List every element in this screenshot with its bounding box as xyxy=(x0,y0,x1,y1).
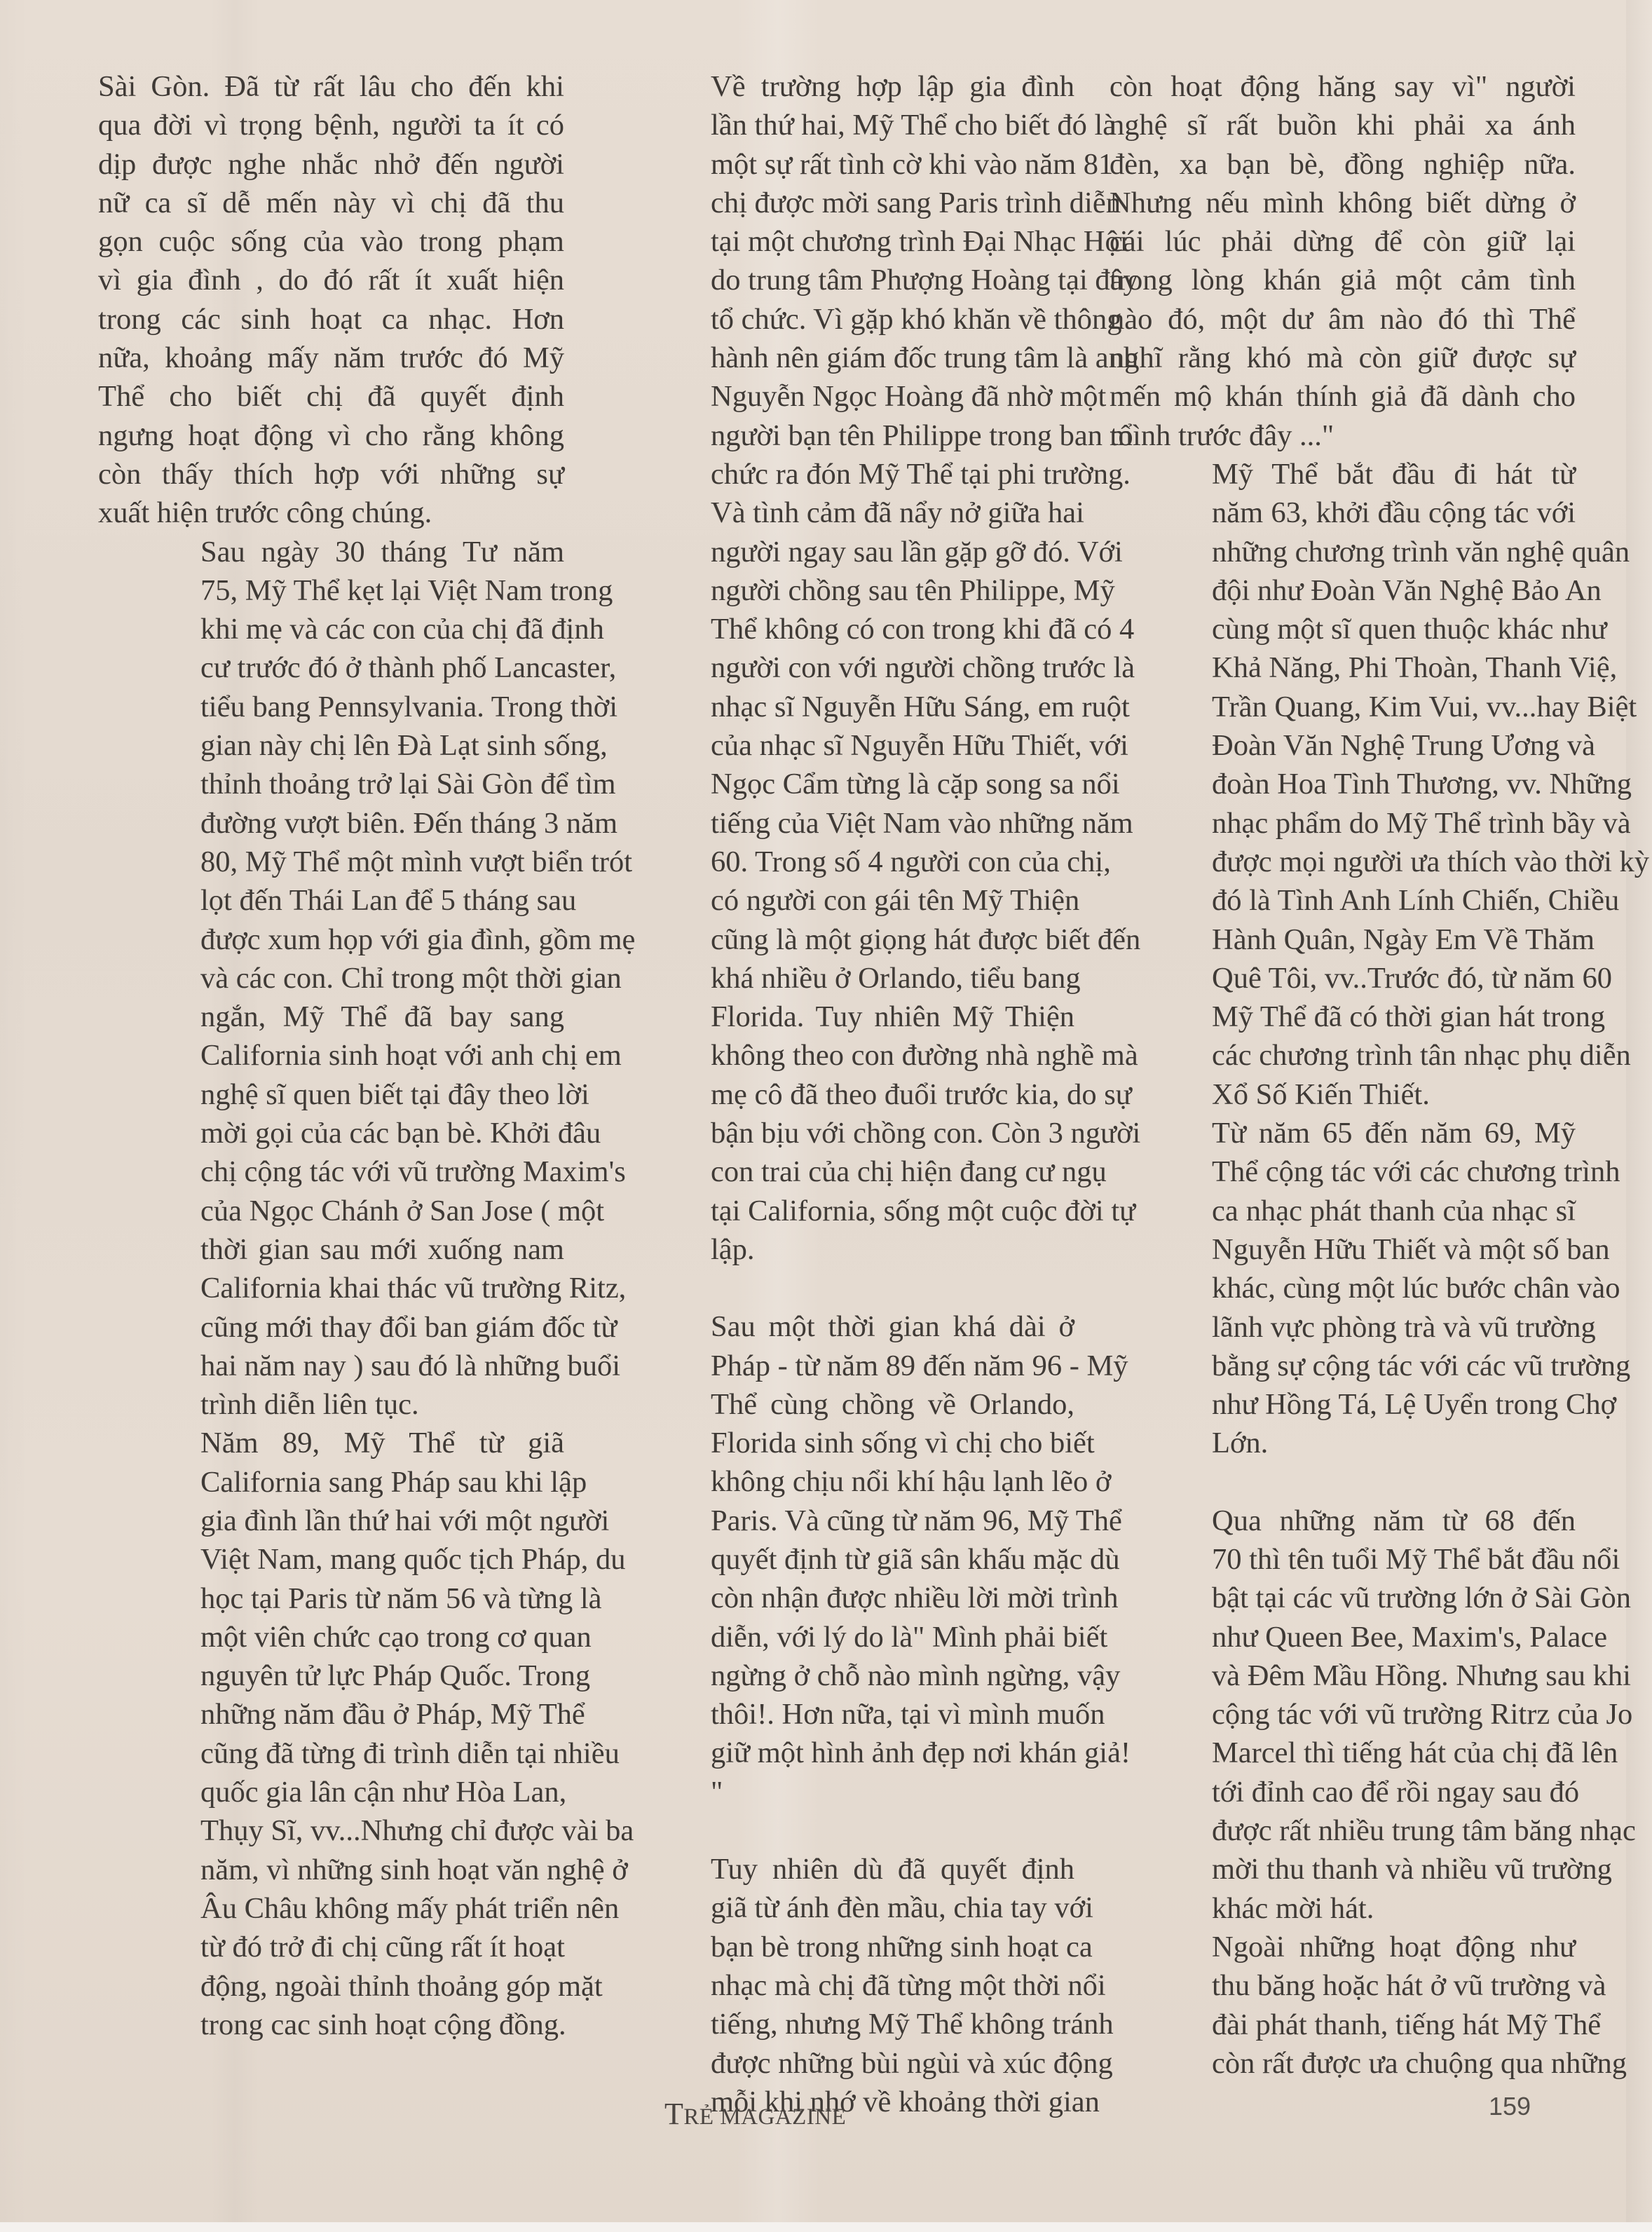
text-line: tiếng, nhưng Mỹ Thể không tránh xyxy=(608,2005,1074,2043)
text-line: như Queen Bee, Maxim's, Palace xyxy=(1110,1618,1576,1656)
text-line: Đoàn Văn Nghệ Trung Ương và xyxy=(1110,726,1576,765)
text-line: chị được mời sang Paris trình diễn xyxy=(608,184,1074,222)
text-line: Sau một thời gian khá dài ở xyxy=(608,1307,1074,1346)
text-line: Xổ Số Kiến Thiết. xyxy=(1110,1075,1576,1114)
text-line: trong cac sinh hoạt cộng đồng. xyxy=(98,2006,564,2044)
text-line: ca nhạc phát thanh của nhạc sĩ xyxy=(1110,1192,1576,1230)
text-line: Mỹ Thể bắt đầu đi hát từ xyxy=(1110,455,1576,494)
text-line: ngưng hoạt động vì cho rằng không xyxy=(98,416,564,455)
text-line: qua đời vì trọng bệnh, người ta ít có xyxy=(98,106,564,144)
text-line: một viên chức cạo trong cơ quan xyxy=(98,1618,564,1656)
text-line: cùng một sĩ quen thuộc khác như xyxy=(1110,610,1576,648)
text-line: tiếng của Việt Nam vào những năm xyxy=(608,804,1074,843)
text-line: mình trước đây ..." xyxy=(1110,416,1576,455)
text-line: có người con gái tên Mỹ Thiện xyxy=(608,881,1074,920)
paragraph: Về trường hợp lập gia đìnhlần thứ hai, M… xyxy=(608,67,1074,1269)
text-line: Sau ngày 30 tháng Tư năm xyxy=(98,533,564,571)
text-line: gian này chị lên Đà Lạt sinh sống, xyxy=(98,726,564,765)
text-line: nghệ sĩ quen biết tại đây theo lời xyxy=(98,1075,564,1114)
text-line: Ngọc Cẩm từng là cặp song sa nổi xyxy=(608,765,1074,803)
text-line: lãnh vực phòng trà và vũ trường xyxy=(1110,1308,1576,1347)
text-line: Florida. Tuy nhiên Mỹ Thiện xyxy=(608,998,1074,1036)
text-line: hành nên giám đốc trung tâm là anh xyxy=(608,339,1074,377)
text-line: còn rất được ưa chuộng qua những xyxy=(1110,2044,1576,2083)
text-line: đèn, xa bạn bè, đồng nghiệp nữa. xyxy=(1110,145,1576,184)
text-line: do trung tâm Phượng Hoàng tại đây xyxy=(608,261,1074,299)
text-line: chị cộng tác với vũ trường Maxim's xyxy=(98,1152,564,1191)
text-line: khá nhiều ở Orlando, tiểu bang xyxy=(608,959,1074,998)
text-line: nữa, khoảng mấy năm trước đó Mỹ xyxy=(98,339,564,377)
text-line: được rất nhiều trung tâm băng nhạc xyxy=(1110,1811,1576,1850)
text-line: người con với người chồng trước là xyxy=(608,648,1074,687)
text-line: Về trường hợp lập gia đình xyxy=(608,67,1074,106)
text-line: Nguyễn Ngọc Hoàng đã nhờ một xyxy=(608,377,1074,416)
text-line: tại một chương trình Đại Nhạc Hội xyxy=(608,222,1074,261)
text-line: 80, Mỹ Thể một mình vượt biển trót xyxy=(98,843,564,881)
text-line: còn nhận được nhiều lời mời trình xyxy=(608,1579,1074,1617)
text-line: Nhưng nếu mình không biết dừng ở xyxy=(1110,184,1576,222)
text-line: còn thấy thích hợp với những sự xyxy=(98,455,564,494)
text-line: cũng đã từng đi trình diễn tại nhiều xyxy=(98,1734,564,1773)
text-line: Thụy Sĩ, vv...Nhưng chỉ được vài ba xyxy=(98,1811,564,1850)
text-line: và các con. Chỉ trong một thời gian xyxy=(98,959,564,998)
paragraph: còn hoạt động hăng say vì" ngườinghệ sĩ … xyxy=(1110,67,1576,455)
text-line: Qua những năm từ 68 đến xyxy=(1110,1502,1576,1540)
scan-bottom-edge xyxy=(0,2222,1652,2232)
article-column-2: Về trường hợp lập gia đìnhlần thứ hai, M… xyxy=(608,67,1074,2121)
text-line: Thể không có con trong khi đã có 4 xyxy=(608,610,1074,648)
text-line: bạn bè trong những sinh hoạt ca xyxy=(608,1928,1074,1966)
article-column-1: Sài Gòn. Đã từ rất lâu cho đến khiqua đờ… xyxy=(98,67,564,2044)
text-line: Nguyễn Hữu Thiết và một số ban xyxy=(1110,1230,1576,1269)
text-line: được những bùi ngùi và xúc động xyxy=(608,2044,1074,2083)
text-line: người chồng sau tên Philippe, Mỹ xyxy=(608,571,1074,610)
text-line: một sự rất tình cờ khi vào năm 81 xyxy=(608,145,1074,184)
text-line: học tại Paris từ năm 56 và từng là xyxy=(98,1579,564,1618)
text-line: con trai của chị hiện đang cư ngụ xyxy=(608,1152,1074,1191)
text-line: nhạc phẩm do Mỹ Thể trình bầy và xyxy=(1110,804,1576,843)
text-line: diễn, với lý do là" Mình phải biết xyxy=(608,1618,1074,1656)
text-line: cũng mới thay đổi ban giám đốc từ xyxy=(98,1308,564,1347)
text-line: mến mộ khán thính giả đã dành cho xyxy=(1110,377,1576,416)
text-line: không theo con đường nhà nghề mà xyxy=(608,1036,1074,1075)
paragraph: Từ năm 65 đến năm 69, MỹThể cộng tác với… xyxy=(1110,1114,1576,1463)
text-line: còn hoạt động hăng say vì" người xyxy=(1110,67,1576,106)
text-line: Thể cho biết chị đã quyết định xyxy=(98,377,564,416)
text-line: không chịu nổi khí hậu lạnh lẽo ở xyxy=(608,1462,1074,1501)
text-line: lập. xyxy=(608,1230,1074,1269)
text-line: và Đêm Mầu Hồng. Nhưng sau khi xyxy=(1110,1656,1576,1695)
text-line: cái lúc phải dừng để còn giữ lại xyxy=(1110,222,1576,261)
text-line: động, ngoài thỉnh thoảng góp mặt xyxy=(98,1967,564,2006)
text-line: dịp được nghe nhắc nhở đến người xyxy=(98,145,564,184)
paragraph: Sài Gòn. Đã từ rất lâu cho đến khiqua đờ… xyxy=(98,67,564,533)
text-line: mẹ cô đã theo đuổi trước kia, do sự xyxy=(608,1075,1074,1114)
text-line: đài phát thanh, tiếng hát Mỹ Thể xyxy=(1110,2006,1576,2044)
magazine-name-footer: TRẺ MAGAZINE xyxy=(664,2096,846,2132)
text-line: của nhạc sĩ Nguyễn Hữu Thiết, với xyxy=(608,726,1074,765)
text-line: xuất hiện trước công chúng. xyxy=(98,494,564,532)
text-line: 70 thì tên tuổi Mỹ Thể bắt đầu nổi xyxy=(1110,1540,1576,1579)
paragraph: Tuy nhiên dù đã quyết địnhgiã từ ánh đèn… xyxy=(608,1850,1074,2121)
text-line: tại California, sống một cuộc đời tự xyxy=(608,1192,1074,1230)
text-line: được mọi người ưa thích vào thời kỳ xyxy=(1110,843,1576,881)
text-line: trong các sinh hoạt ca nhạc. Hơn xyxy=(98,300,564,339)
text-line: giã từ ánh đèn mầu, chia tay với xyxy=(608,1889,1074,1927)
magazine-name-suffix: MAGAZINE xyxy=(714,2104,847,2130)
text-line: nữ ca sĩ dễ mến này vì chị đã thu xyxy=(98,184,564,222)
paragraph: Sau một thời gian khá dài ởPháp - từ năm… xyxy=(608,1307,1074,1811)
text-line: Khả Năng, Phi Thoàn, Thanh Việ, xyxy=(1110,648,1576,687)
text-line: Paris. Và cũng từ năm 96, Mỹ Thể xyxy=(608,1502,1074,1540)
text-line: Trần Quang, Kim Vui, vv...hay Biệt xyxy=(1110,688,1576,726)
text-line: thời gian sau mới xuống nam xyxy=(98,1230,564,1269)
text-line: California khai thác vũ trường Ritz, xyxy=(98,1269,564,1307)
text-line: các chương trình tân nhạc phụ diễn xyxy=(1110,1036,1576,1075)
text-line: " xyxy=(608,1773,1074,1811)
text-line: khác, cùng một lúc bước chân vào xyxy=(1110,1269,1576,1307)
text-line: khi mẹ và các con của chị đã định xyxy=(98,610,564,648)
magazine-name-initial: T xyxy=(664,2097,683,2131)
text-line: như Hồng Tá, Lệ Uyển trong Chợ xyxy=(1110,1385,1576,1424)
text-line: người bạn tên Philippe trong ban tổ xyxy=(608,416,1074,455)
text-line: những chương trình văn nghệ quân xyxy=(1110,533,1576,571)
text-line: Thể cộng tác với các chương trình xyxy=(1110,1152,1576,1191)
text-line: đội như Đoàn Văn Nghệ Bảo An xyxy=(1110,571,1576,610)
text-line: ngắn, Mỹ Thể đã bay sang xyxy=(98,998,564,1036)
text-line: trình diễn liên tục. xyxy=(98,1385,564,1424)
text-line: chức ra đón Mỹ Thể tại phi trường. xyxy=(608,455,1074,494)
text-line: tổ chức. Vì gặp khó khăn về thông xyxy=(608,300,1074,339)
text-line: thỉnh thoảng trở lại Sài Gòn để tìm xyxy=(98,765,564,803)
text-line: giữ một hình ảnh đẹp nơi khán giả! xyxy=(608,1734,1074,1772)
text-line: quyết định từ giã sân khấu mặc dù xyxy=(608,1540,1074,1579)
text-line: Lớn. xyxy=(1110,1424,1576,1462)
text-line: bằng sự cộng tác với các vũ trường xyxy=(1110,1347,1576,1385)
paragraph: Sau ngày 30 tháng Tư năm75, Mỹ Thể kẹt l… xyxy=(98,533,564,1424)
text-line: Tuy nhiên dù đã quyết định xyxy=(608,1850,1074,1889)
paragraph: Ngoài những hoạt động nhưthu băng hoặc h… xyxy=(1110,1928,1576,2083)
text-line: Âu Châu không mấy phát triển nên xyxy=(98,1889,564,1928)
text-line: Quê Tôi, vv..Trước đó, từ năm 60 xyxy=(1110,959,1576,998)
text-line: Ngoài những hoạt động như xyxy=(1110,1928,1576,1966)
text-line: Mỹ Thể đã có thời gian hát trong xyxy=(1110,998,1576,1036)
text-line: nhạc sĩ Nguyễn Hữu Sáng, em ruột xyxy=(608,688,1074,726)
text-line: gọn cuộc sống của vào trong phạm xyxy=(98,222,564,261)
text-line: lần thứ hai, Mỹ Thể cho biết đó là xyxy=(608,106,1074,144)
text-line: trong lòng khán giả một cảm tình xyxy=(1110,261,1576,299)
text-line: hai năm nay ) sau đó là những buổi xyxy=(98,1347,564,1385)
text-line: ngừng ở chỗ nào mình ngừng, vậy xyxy=(608,1656,1074,1695)
text-line: 60. Trong số 4 người con của chị, xyxy=(608,843,1074,881)
text-line: đó là Tình Anh Lính Chiến, Chiều xyxy=(1110,881,1576,920)
text-line: từ đó trở đi chị cũng rất ít hoạt xyxy=(98,1928,564,1966)
text-line: gia đình lần thứ hai với một người xyxy=(98,1502,564,1540)
text-line: của Ngọc Chánh ở San Jose ( một xyxy=(98,1192,564,1230)
article-column-3: còn hoạt động hăng say vì" ngườinghệ sĩ … xyxy=(1110,67,1576,2083)
magazine-name-tre: RẺ xyxy=(683,2104,714,2130)
text-line: Florida sinh sống vì chị cho biết xyxy=(608,1424,1074,1462)
text-line: đường vượt biên. Đến tháng 3 năm xyxy=(98,804,564,843)
text-line: California sinh hoạt với anh chị em xyxy=(98,1036,564,1075)
text-line: Thể cùng chồng về Orlando, xyxy=(608,1385,1074,1424)
text-line: bật tại các vũ trường lớn ở Sài Gòn xyxy=(1110,1579,1576,1617)
text-line: nguyên tử lực Pháp Quốc. Trong xyxy=(98,1656,564,1695)
text-line: Việt Nam, mang quốc tịch Pháp, du xyxy=(98,1540,564,1579)
text-line: Pháp - từ năm 89 đến năm 96 - Mỹ xyxy=(608,1347,1074,1385)
text-line: Hành Quân, Ngày Em Về Thăm xyxy=(1110,920,1576,959)
paragraph: Năm 89, Mỹ Thể từ giãCalifornia sang Phá… xyxy=(98,1424,564,2044)
text-line: Và tình cảm đã nẩy nở giữa hai xyxy=(608,494,1074,532)
text-line: Năm 89, Mỹ Thể từ giã xyxy=(98,1424,564,1462)
text-line: California sang Pháp sau khi lập xyxy=(98,1463,564,1502)
text-line: mời gọi của các bạn bè. Khởi đâu xyxy=(98,1114,564,1152)
text-line: Marcel thì tiếng hát của chị đã lên xyxy=(1110,1734,1576,1772)
paragraph: Qua những năm từ 68 đến70 thì tên tuổi M… xyxy=(1110,1502,1576,1928)
magazine-page: Sài Gòn. Đã từ rất lâu cho đến khiqua đờ… xyxy=(0,0,1652,2222)
text-line: năm 63, khởi đầu cộng tác với xyxy=(1110,494,1576,532)
text-line: nghĩ rằng khó mà còn giữ được sự xyxy=(1110,339,1576,377)
text-line: nhạc mà chị đã từng một thời nổi xyxy=(608,1966,1074,2005)
text-line: lọt đến Thái Lan để 5 tháng sau xyxy=(98,881,564,920)
text-line: bận bịu với chồng con. Còn 3 người xyxy=(608,1114,1074,1152)
text-line: nào đó, một dư âm nào đó thì Thể xyxy=(1110,300,1576,339)
text-line: tới đỉnh cao để rồi ngay sau đó xyxy=(1110,1773,1576,1811)
paragraph: Mỹ Thể bắt đầu đi hát từnăm 63, khởi đầu… xyxy=(1110,455,1576,1114)
paper-edge-shadow xyxy=(1626,0,1652,2222)
text-line: tiểu bang Pennsylvania. Trong thời xyxy=(98,688,564,726)
text-line: mời thu thanh và nhiều vũ trường xyxy=(1110,1850,1576,1889)
text-line: được xum họp với gia đình, gồm mẹ xyxy=(98,920,564,959)
page-number: 159 xyxy=(1489,2092,1531,2121)
text-line: nghệ sĩ rất buồn khi phải xa ánh xyxy=(1110,106,1576,144)
text-line: Sài Gòn. Đã từ rất lâu cho đến khi xyxy=(98,67,564,106)
text-line: đoàn Hoa Tình Thương, vv. Những xyxy=(1110,765,1576,803)
text-line: cộng tác với vũ trường Ritrz của Jo xyxy=(1110,1695,1576,1734)
text-line: khác mời hát. xyxy=(1110,1889,1576,1928)
text-line: quốc gia lân cận như Hòa Lan, xyxy=(98,1773,564,1811)
text-line: những năm đầu ở Pháp, Mỹ Thể xyxy=(98,1695,564,1734)
text-line: năm, vì những sinh hoạt văn nghệ ở xyxy=(98,1851,564,1889)
text-line: thôi!. Hơn nữa, tại vì mình muốn xyxy=(608,1695,1074,1734)
text-line: 75, Mỹ Thể kẹt lại Việt Nam trong xyxy=(98,571,564,610)
text-line: người ngay sau lần gặp gỡ đó. Với xyxy=(608,533,1074,571)
text-line: cũng là một giọng hát được biết đến xyxy=(608,920,1074,959)
text-line: Từ năm 65 đến năm 69, Mỹ xyxy=(1110,1114,1576,1152)
text-line: cư trước đó ở thành phố Lancaster, xyxy=(98,648,564,687)
text-line: thu băng hoặc hát ở vũ trường và xyxy=(1110,1966,1576,2005)
text-line: vì gia đình , do đó rất ít xuất hiện xyxy=(98,261,564,299)
